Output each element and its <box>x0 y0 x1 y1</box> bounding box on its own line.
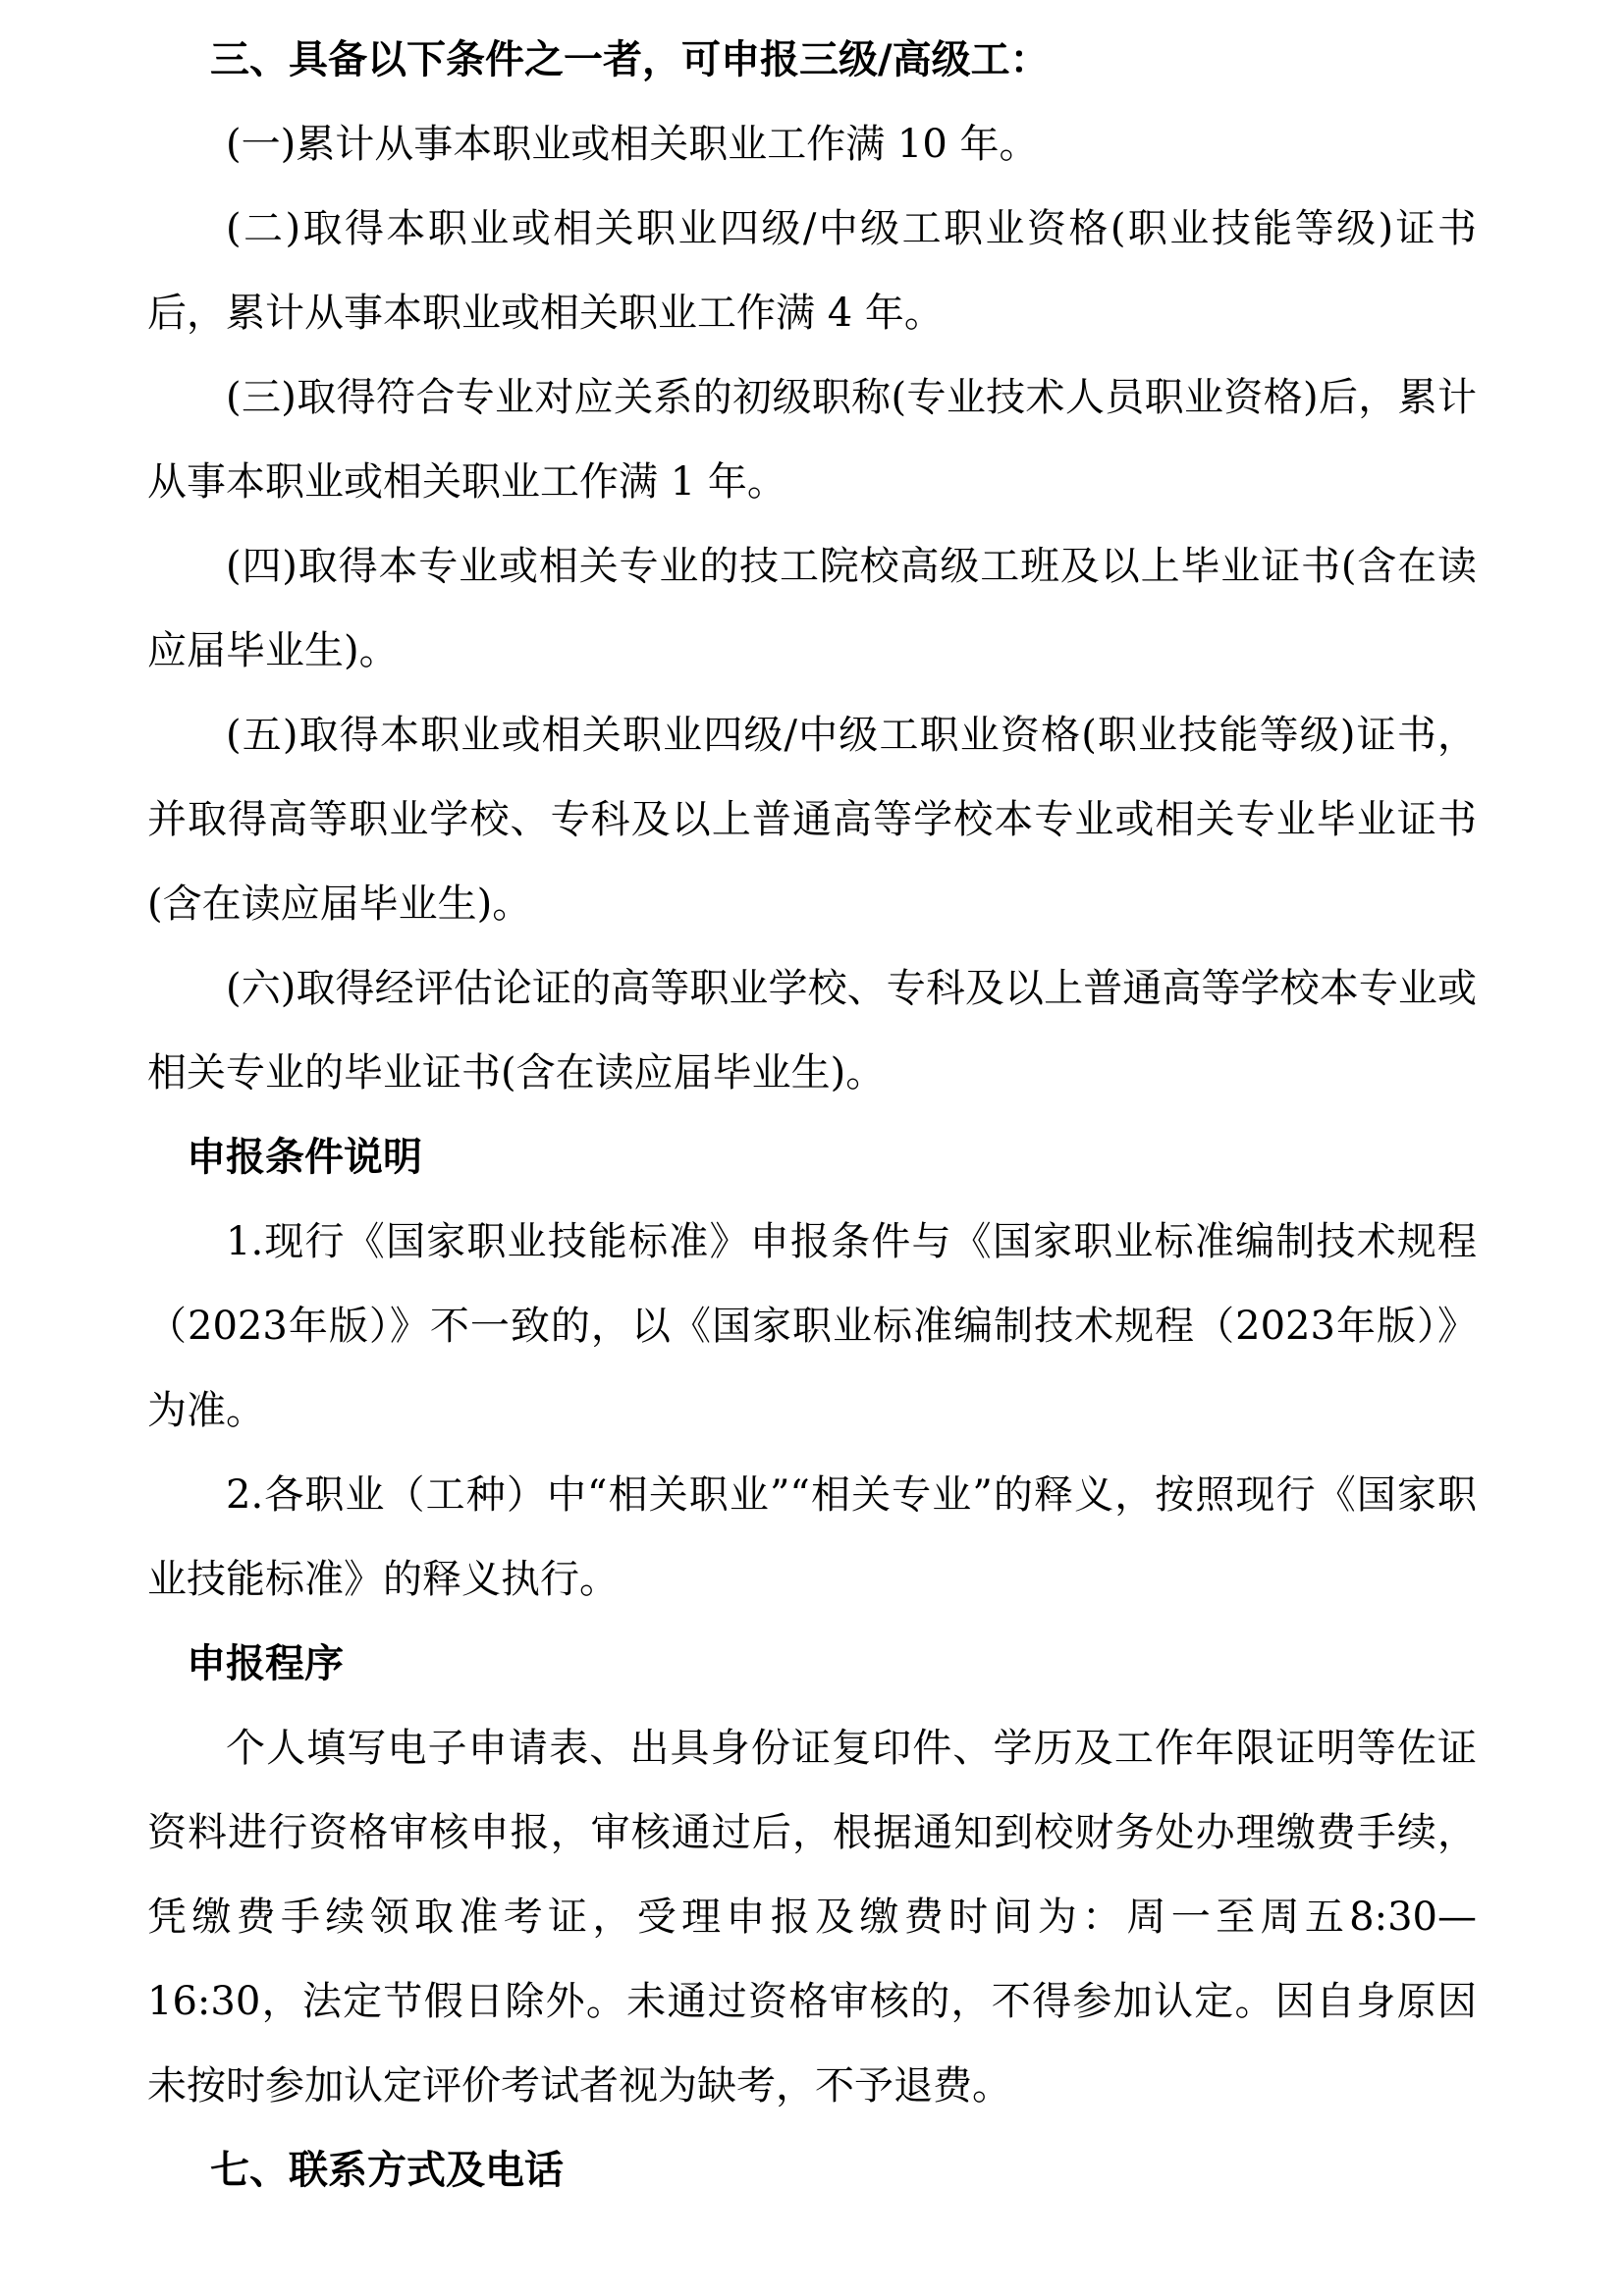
condition-item-5: (五)取得本职业或相关职业四级/中级工职业资格(职业技能等级)证书，并取得高等职… <box>147 693 1477 946</box>
section-heading-level3-worker: 三、具备以下条件之一者，可申报三级/高级工： <box>147 18 1477 102</box>
note-item-1: 1.现行《国家职业技能标准》申报条件与《国家职业标准编制技术规程（2023年版）… <box>147 1200 1477 1453</box>
condition-item-6: (六)取得经评估论证的高等职业学校、专科及以上普通高等学校本专业或相关专业的毕业… <box>147 946 1477 1115</box>
note-item-2: 2.各职业（工种）中“相关职业”“相关专业”的释义，按照现行《国家职业技能标准》… <box>147 1453 1477 1622</box>
condition-item-3: (三)取得符合专业对应关系的初级职称(专业技术人员职业资格)后，累计从事本职业或… <box>147 355 1477 524</box>
document-body: 三、具备以下条件之一者，可申报三级/高级工： (一)累计从事本职业或相关职业工作… <box>0 0 1624 2213</box>
condition-item-2: (二)取得本职业或相关职业四级/中级工职业资格(职业技能等级)证书后，累计从事本… <box>147 187 1477 355</box>
condition-item-1: (一)累计从事本职业或相关职业工作满 10 年。 <box>147 102 1477 187</box>
condition-item-4: (四)取得本专业或相关专业的技工院校高级工班及以上毕业证书(含在读应届毕业生)。 <box>147 524 1477 693</box>
subheading-application-procedure: 申报程序 <box>147 1622 1477 1706</box>
document-page: 三、具备以下条件之一者，可申报三级/高级工： (一)累计从事本职业或相关职业工作… <box>0 0 1624 2296</box>
procedure-paragraph: 个人填写电子申请表、出具身份证复印件、学历及工作年限证明等佐证资料进行资格审核申… <box>147 1706 1477 2128</box>
subheading-application-conditions-note: 申报条件说明 <box>147 1115 1477 1200</box>
section-heading-contact: 七、联系方式及电话 <box>147 2128 1477 2213</box>
